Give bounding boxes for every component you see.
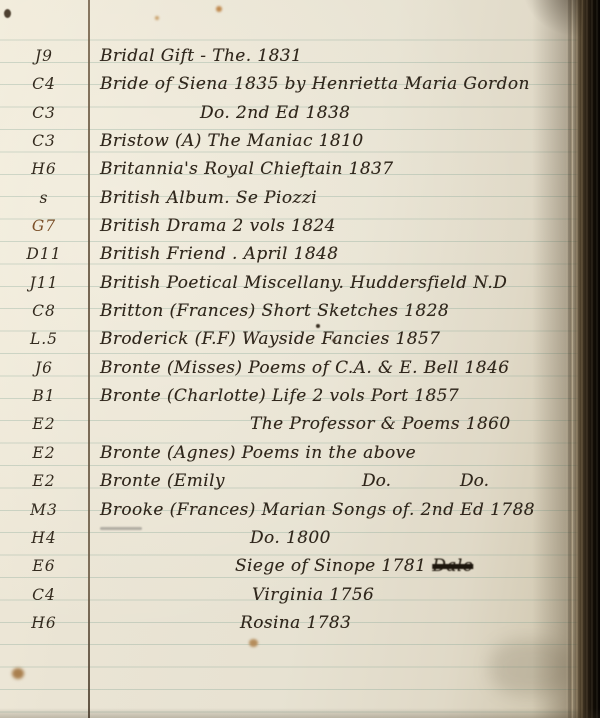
shelf-mark: C3	[0, 127, 88, 155]
entry-text: Bronte (Emily	[100, 467, 225, 495]
entry-text: Bronte (Agnes) Poems in the above	[100, 439, 416, 467]
catalog-entry: E2Bronte (EmilyDo.Do.	[0, 467, 600, 495]
catalog-entry: D11British Friend . April 1848	[0, 240, 600, 268]
catalog-entry: C3Do. 2nd Ed 1838	[0, 99, 600, 127]
ditto-mark: Do.	[460, 467, 489, 495]
ink-mark	[4, 9, 11, 18]
entry-text: Siege of Sinope 1781	[235, 552, 426, 580]
ditto-mark: Do.	[362, 467, 391, 495]
shelf-mark: H4	[0, 524, 88, 552]
entry-text: The Professor & Poems 1860	[250, 410, 511, 438]
entry-text: British Album. Se Piozzi	[100, 184, 317, 212]
shelf-mark: E2	[0, 439, 88, 467]
catalog-entry: C3Bristow (A) The Maniac 1810	[0, 127, 600, 155]
catalog-entry: J6Bronte (Misses) Poems of C.A. & E. Bel…	[0, 354, 600, 382]
catalog-entry: B1Bronte (Charlotte) Life 2 vols Port 18…	[0, 382, 600, 410]
entry-text: British Drama 2 vols 1824	[100, 212, 336, 240]
entry-text: Bronte (Misses) Poems of C.A. & E. Bell …	[100, 354, 509, 382]
entry-text: Bridal Gift - The. 1831	[100, 42, 302, 70]
shelf-mark: E6	[0, 552, 88, 580]
catalog-entry: C4Virginia 1756	[0, 581, 600, 609]
bottom-shade	[0, 708, 600, 718]
shelf-mark: H6	[0, 609, 88, 637]
shelf-mark: C4	[0, 581, 88, 609]
entry-text: Bristow (A) The Maniac 1810	[100, 127, 364, 155]
shelf-mark: D11	[0, 240, 88, 268]
shelf-mark: M3	[0, 496, 88, 524]
catalog-entry: C8Britton (Frances) Short Sketches 1828	[0, 297, 600, 325]
entry-text: Do. 1800	[250, 524, 331, 552]
catalog-entry: E2Bronte (Agnes) Poems in the above	[0, 439, 600, 467]
shelf-mark: J11	[0, 269, 88, 297]
catalog-entry: sBritish Album. Se Piozzi	[0, 184, 600, 212]
entries: J9Bridal Gift - The. 1831C4Bride of Sien…	[0, 42, 600, 637]
shelf-mark: J9	[0, 42, 88, 70]
struck-out-word: Dale	[432, 552, 473, 580]
catalog-entry: C4Bride of Siena 1835 by Henrietta Maria…	[0, 70, 600, 98]
catalog-entry: E2The Professor & Poems 1860	[0, 410, 600, 438]
entry-text: Britannia's Royal Chieftain 1837	[100, 155, 393, 183]
entry-text: British Poetical Miscellany. Huddersfiel…	[100, 269, 507, 297]
book-binding	[566, 0, 600, 718]
entry-text: British Friend . April 1848	[100, 240, 339, 268]
shelf-mark: C3	[0, 99, 88, 127]
catalogue-page: J9Bridal Gift - The. 1831C4Bride of Sien…	[0, 0, 600, 718]
entry-text: Bride of Siena 1835 by Henrietta Maria G…	[100, 70, 530, 98]
shelf-mark: B1	[0, 382, 88, 410]
entry-text: Virginia 1756	[252, 581, 374, 609]
stain	[155, 16, 159, 20]
catalog-entry: J11British Poetical Miscellany. Huddersf…	[0, 269, 600, 297]
stain	[12, 668, 24, 679]
smudge	[490, 640, 570, 695]
catalog-entry: M3Brooke (Frances) Marian Songs of. 2nd …	[0, 496, 600, 524]
catalog-entry: H6Britannia's Royal Chieftain 1837	[0, 155, 600, 183]
shelf-mark: H6	[0, 155, 88, 183]
shelf-mark: J6	[0, 354, 88, 382]
entry-text: Bronte (Charlotte) Life 2 vols Port 1857	[100, 382, 459, 410]
catalog-entry: E6Siege of Sinope 1781Dale	[0, 552, 600, 580]
shelf-mark: E2	[0, 410, 88, 438]
stain	[249, 639, 258, 647]
catalog-entry: G7British Drama 2 vols 1824	[0, 212, 600, 240]
entry-text: Broderick (F.F) Wayside Fancies 1857	[100, 325, 440, 353]
entry-text: Brooke (Frances) Marian Songs of. 2nd Ed…	[100, 496, 535, 524]
entry-text: Do. 2nd Ed 1838	[200, 99, 350, 127]
shelf-mark: E2	[0, 467, 88, 495]
shelf-mark: G7	[0, 212, 88, 240]
stain	[216, 6, 222, 12]
shelf-mark: C4	[0, 70, 88, 98]
catalog-entry: L.5Broderick (F.F) Wayside Fancies 1857	[0, 325, 600, 353]
shelf-mark: C8	[0, 297, 88, 325]
catalog-entry: H4Do. 1800	[0, 524, 600, 552]
entry-text: Britton (Frances) Short Sketches 1828	[100, 297, 449, 325]
catalog-entry: J9Bridal Gift - The. 1831	[0, 42, 600, 70]
entry-text: Rosina 1783	[240, 609, 351, 637]
catalog-entry: H6Rosina 1783	[0, 609, 600, 637]
shelf-mark: L.5	[0, 325, 88, 353]
shelf-mark: s	[0, 184, 88, 212]
